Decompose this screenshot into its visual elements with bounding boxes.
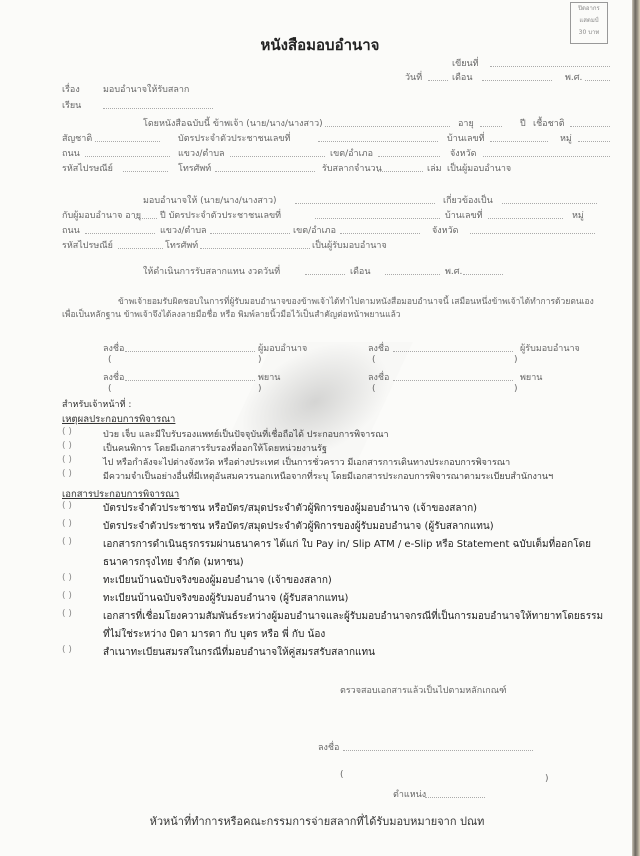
reasons-heading: เหตุผลประกอบการพิจารณา xyxy=(62,412,175,427)
postcode-label: รหัสไปรษณีย์ xyxy=(62,161,113,175)
officer-sign-label: ลงชื่อ xyxy=(318,740,339,754)
age-label: อายุ xyxy=(458,116,474,130)
grantor-house-no-field[interactable] xyxy=(490,141,548,142)
grantor-nationality-field[interactable] xyxy=(95,141,160,142)
docs-item: เอกสารที่เชื่อมโยงความสัมพันธ์ระหว่างผู้… xyxy=(103,609,603,624)
checkbox[interactable]: ( ) xyxy=(62,591,72,601)
month-field[interactable] xyxy=(482,80,552,81)
docs-item: ที่ไม่ใช่ระหว่าง บิดา มารดา กับ บุตร หรื… xyxy=(103,627,325,642)
checkbox[interactable]: ( ) xyxy=(62,645,72,655)
docs-item: สำเนาทะเบียนสมรสในกรณีที่มอบอำนาจให้คู่ส… xyxy=(103,645,375,660)
position-label: ตำแหน่ง xyxy=(393,787,426,801)
grantee-postcode-label: รหัสไปรษณีย์ xyxy=(62,238,113,252)
checkbox[interactable]: ( ) xyxy=(62,441,72,451)
draw-year-label: พ.ศ. xyxy=(445,264,462,278)
document-page: ปิดอากร แสตมป์ 30 บาท หนังสือมอบอำนาจ เข… xyxy=(0,0,634,856)
grantor-race-field[interactable] xyxy=(570,126,610,127)
grantee-district-field[interactable] xyxy=(340,233,420,234)
document-title: หนังสือมอบอำนาจ xyxy=(0,33,640,57)
volume-label: เล่ม xyxy=(427,161,442,175)
checkbox[interactable]: ( ) xyxy=(62,573,72,583)
province-label: จังหวัด xyxy=(450,146,477,160)
checkbox[interactable]: ( ) xyxy=(62,537,72,547)
grantee-house-no-label: บ้านเลขที่ xyxy=(445,208,483,222)
related-label: เกี่ยวข้องเป็น xyxy=(443,193,493,207)
year-field[interactable] xyxy=(585,80,610,81)
grantee-province-label: จังหวัด xyxy=(432,223,459,237)
phone-label: โทรศัพท์ xyxy=(178,161,211,175)
grantee-moo-label: หมู่ xyxy=(572,208,584,222)
grantee-id-field[interactable] xyxy=(315,218,440,219)
grantor-subdistrict-field[interactable] xyxy=(230,156,325,157)
draw-year-field[interactable] xyxy=(463,274,503,275)
page-edge-shadow xyxy=(632,0,640,856)
officer-heading: สำหรับเจ้าหน้าที่ : xyxy=(62,397,131,411)
position-field[interactable] xyxy=(425,797,485,798)
to-label: เรียน xyxy=(62,98,81,112)
grantee-road-label: ถนน xyxy=(62,223,80,237)
grantor-road-field[interactable] xyxy=(85,156,170,157)
reasons-item: มีความจำเป็นอย่างอื่นที่มีเหตุอันสมควรนอ… xyxy=(103,469,553,483)
footer-text: หัวหน้าที่ทำการหรือคณะกรรมการจ่ายสลากที่… xyxy=(0,812,634,830)
witness1-paren-open: ( xyxy=(108,384,112,394)
lottery-count-field[interactable] xyxy=(378,171,423,172)
witness2-signature-field[interactable] xyxy=(393,380,513,381)
grantee-province-field[interactable] xyxy=(470,233,595,234)
grantee-postcode-field[interactable] xyxy=(118,248,163,249)
witness2-sign-label: ลงชื่อ xyxy=(368,370,389,384)
grantee-signature-field[interactable] xyxy=(393,351,513,352)
year-label: พ.ศ. xyxy=(565,70,582,84)
grantee-age-label: กับผู้มอบอำนาจ อายุ xyxy=(62,208,141,222)
grantor-name-field[interactable] xyxy=(325,126,450,127)
years-label: ปี xyxy=(520,116,526,130)
grantee-intro: มอบอำนาจให้ (นาย/นาง/นางสาว) xyxy=(143,193,277,207)
draw-month-field[interactable] xyxy=(385,274,440,275)
month-label: เดือน xyxy=(452,70,472,84)
subject-value: มอบอำนาจให้รับสลาก xyxy=(103,82,189,96)
grantor-sign-label: ลงชื่อ xyxy=(103,341,124,355)
docs-heading: เอกสารประกอบการพิจารณา xyxy=(62,487,179,502)
nationality-label: สัญชาติ xyxy=(62,131,92,145)
grantee-house-no-field[interactable] xyxy=(488,218,563,219)
draw-date-field[interactable] xyxy=(305,274,345,275)
reasons-item: ไป หรือกำลังจะไปต่างจังหวัด หรือต่างประเ… xyxy=(103,455,510,469)
grantee-role: เป็นผู้รับมอบอำนาจ xyxy=(312,238,387,252)
to-field[interactable] xyxy=(103,108,213,109)
reasons-item: ป่วย เจ็บ และมีใบรับรองแพทย์เป็นปัจจุบัน… xyxy=(103,427,389,441)
grantor-id-field[interactable] xyxy=(318,141,438,142)
lottery-count-label: รับสลากจำนวน xyxy=(322,161,382,175)
docs-item: บัตรประจำตัวประชาชน หรือบัตร/สมุดประจำตั… xyxy=(103,501,477,516)
subject-label: เรื่อง xyxy=(62,82,80,96)
grantee-paren-open: ( xyxy=(372,355,376,365)
id-label: บัตรประจำตัวประชาชนเลขที่ xyxy=(178,131,290,145)
grantor-intro: โดยหนังสือฉบับนี้ ข้าพเจ้า (นาย/นาง/นางส… xyxy=(143,116,323,130)
district-label: เขต/อำเภอ xyxy=(330,146,373,160)
draw-month-label: เดือน xyxy=(350,264,370,278)
checkbox[interactable]: ( ) xyxy=(62,427,72,437)
grantee-district-label: เขต/อำเภอ xyxy=(293,223,336,237)
checkbox[interactable]: ( ) xyxy=(62,609,72,619)
witness2-paren-close: ) xyxy=(514,384,518,394)
docs-item: ธนาคารกรุงไทย จำกัด (มหาชน) xyxy=(103,555,244,570)
grantee-subdistrict-label: แขวง/ตำบล xyxy=(160,223,207,237)
officer-signature-field[interactable] xyxy=(343,750,533,751)
grantee-road-field[interactable] xyxy=(85,233,155,234)
grantee-paren-close: ) xyxy=(514,355,518,365)
draw-text: ให้ดำเนินการรับสลากแทน งวดวันที่ xyxy=(143,264,280,278)
date-label: วันที่ xyxy=(405,70,422,84)
grantor-province-field[interactable] xyxy=(483,156,610,157)
checkbox[interactable]: ( ) xyxy=(62,519,72,529)
related-field[interactable] xyxy=(502,203,597,204)
grantee-age-field[interactable] xyxy=(135,218,157,219)
verified-text: ตรวจสอบเอกสารแล้วเป็นไปตามหลักเกณฑ์ xyxy=(340,683,507,697)
grantor-age-field[interactable] xyxy=(480,126,502,127)
moo-label: หมู่ xyxy=(560,131,572,145)
witness1-paren-close: ) xyxy=(258,384,262,394)
grantee-subdistrict-field[interactable] xyxy=(210,233,290,234)
grantor-district-field[interactable] xyxy=(378,156,440,157)
written-at-field[interactable] xyxy=(490,66,610,67)
grantee-name-field[interactable] xyxy=(295,203,435,204)
house-no-label: บ้านเลขที่ xyxy=(447,131,485,145)
grantor-moo-field[interactable] xyxy=(578,141,610,142)
declaration-line-1: ข้าพเจ้ายอมรับผิดชอบในการที่ผู้รับมอบอำน… xyxy=(118,294,594,308)
witness1-sign-label: ลงชื่อ xyxy=(103,370,124,384)
witness1-signature-field[interactable] xyxy=(125,380,255,381)
subdistrict-label: แขวง/ตำบล xyxy=(178,146,225,160)
grantee-phone-label: โทรศัพท์ xyxy=(165,238,198,252)
officer-paren-open: ( xyxy=(340,770,344,780)
grantee-sign-label: ลงชื่อ xyxy=(368,341,389,355)
reasons-item: เป็นคนพิการ โดยมีเอกสารรับรองที่ออกให้โด… xyxy=(103,441,327,455)
declaration-line-2: เพื่อเป็นหลักฐาน ข้าพเจ้าจึงได้ลงลายมือช… xyxy=(62,307,401,321)
race-label: เชื้อชาติ xyxy=(533,116,565,130)
grantor-paren-close: ) xyxy=(258,355,262,365)
checkbox[interactable]: ( ) xyxy=(62,501,72,511)
docs-item: เอกสารการดำเนินธุรกรรมผ่านธนาคาร ได้แก่ … xyxy=(103,537,591,552)
written-at-label: เขียนที่ xyxy=(452,56,479,70)
witness2-role-label: พยาน xyxy=(520,370,542,384)
grantor-paren-open: ( xyxy=(108,355,112,365)
grantor-postcode-field[interactable] xyxy=(123,171,168,172)
officer-paren-close: ) xyxy=(545,774,549,784)
checkbox[interactable]: ( ) xyxy=(62,455,72,465)
checkbox[interactable]: ( ) xyxy=(62,469,72,479)
grantee-id-label: ปี บัตรประจำตัวประชาชนเลขที่ xyxy=(160,208,281,222)
docs-item: ทะเบียนบ้านฉบับจริงของผู้รับมอบอำนาจ (ผู… xyxy=(103,591,348,606)
grantee-role-label: ผู้รับมอบอำนาจ xyxy=(520,341,580,355)
date-field[interactable] xyxy=(428,80,448,81)
grantor-signature-field[interactable] xyxy=(125,351,255,352)
grantor-phone-field[interactable] xyxy=(215,171,315,172)
grantee-phone-field[interactable] xyxy=(200,248,310,249)
road-label: ถนน xyxy=(62,146,80,160)
grantor-role-label: ผู้มอบอำนาจ xyxy=(258,341,307,355)
witness1-role-label: พยาน xyxy=(258,370,280,384)
docs-item: ทะเบียนบ้านฉบับจริงของผู้มอบอำนาจ (เจ้าข… xyxy=(103,573,332,588)
stamp-line: ปิดอากร xyxy=(571,3,607,15)
witness2-paren-open: ( xyxy=(372,384,376,394)
stamp-line: แสตมป์ xyxy=(571,15,607,27)
grantor-role: เป็นผู้มอบอำนาจ xyxy=(447,161,511,175)
docs-item: บัตรประจำตัวประชาชน หรือบัตร/สมุดประจำตั… xyxy=(103,519,494,534)
